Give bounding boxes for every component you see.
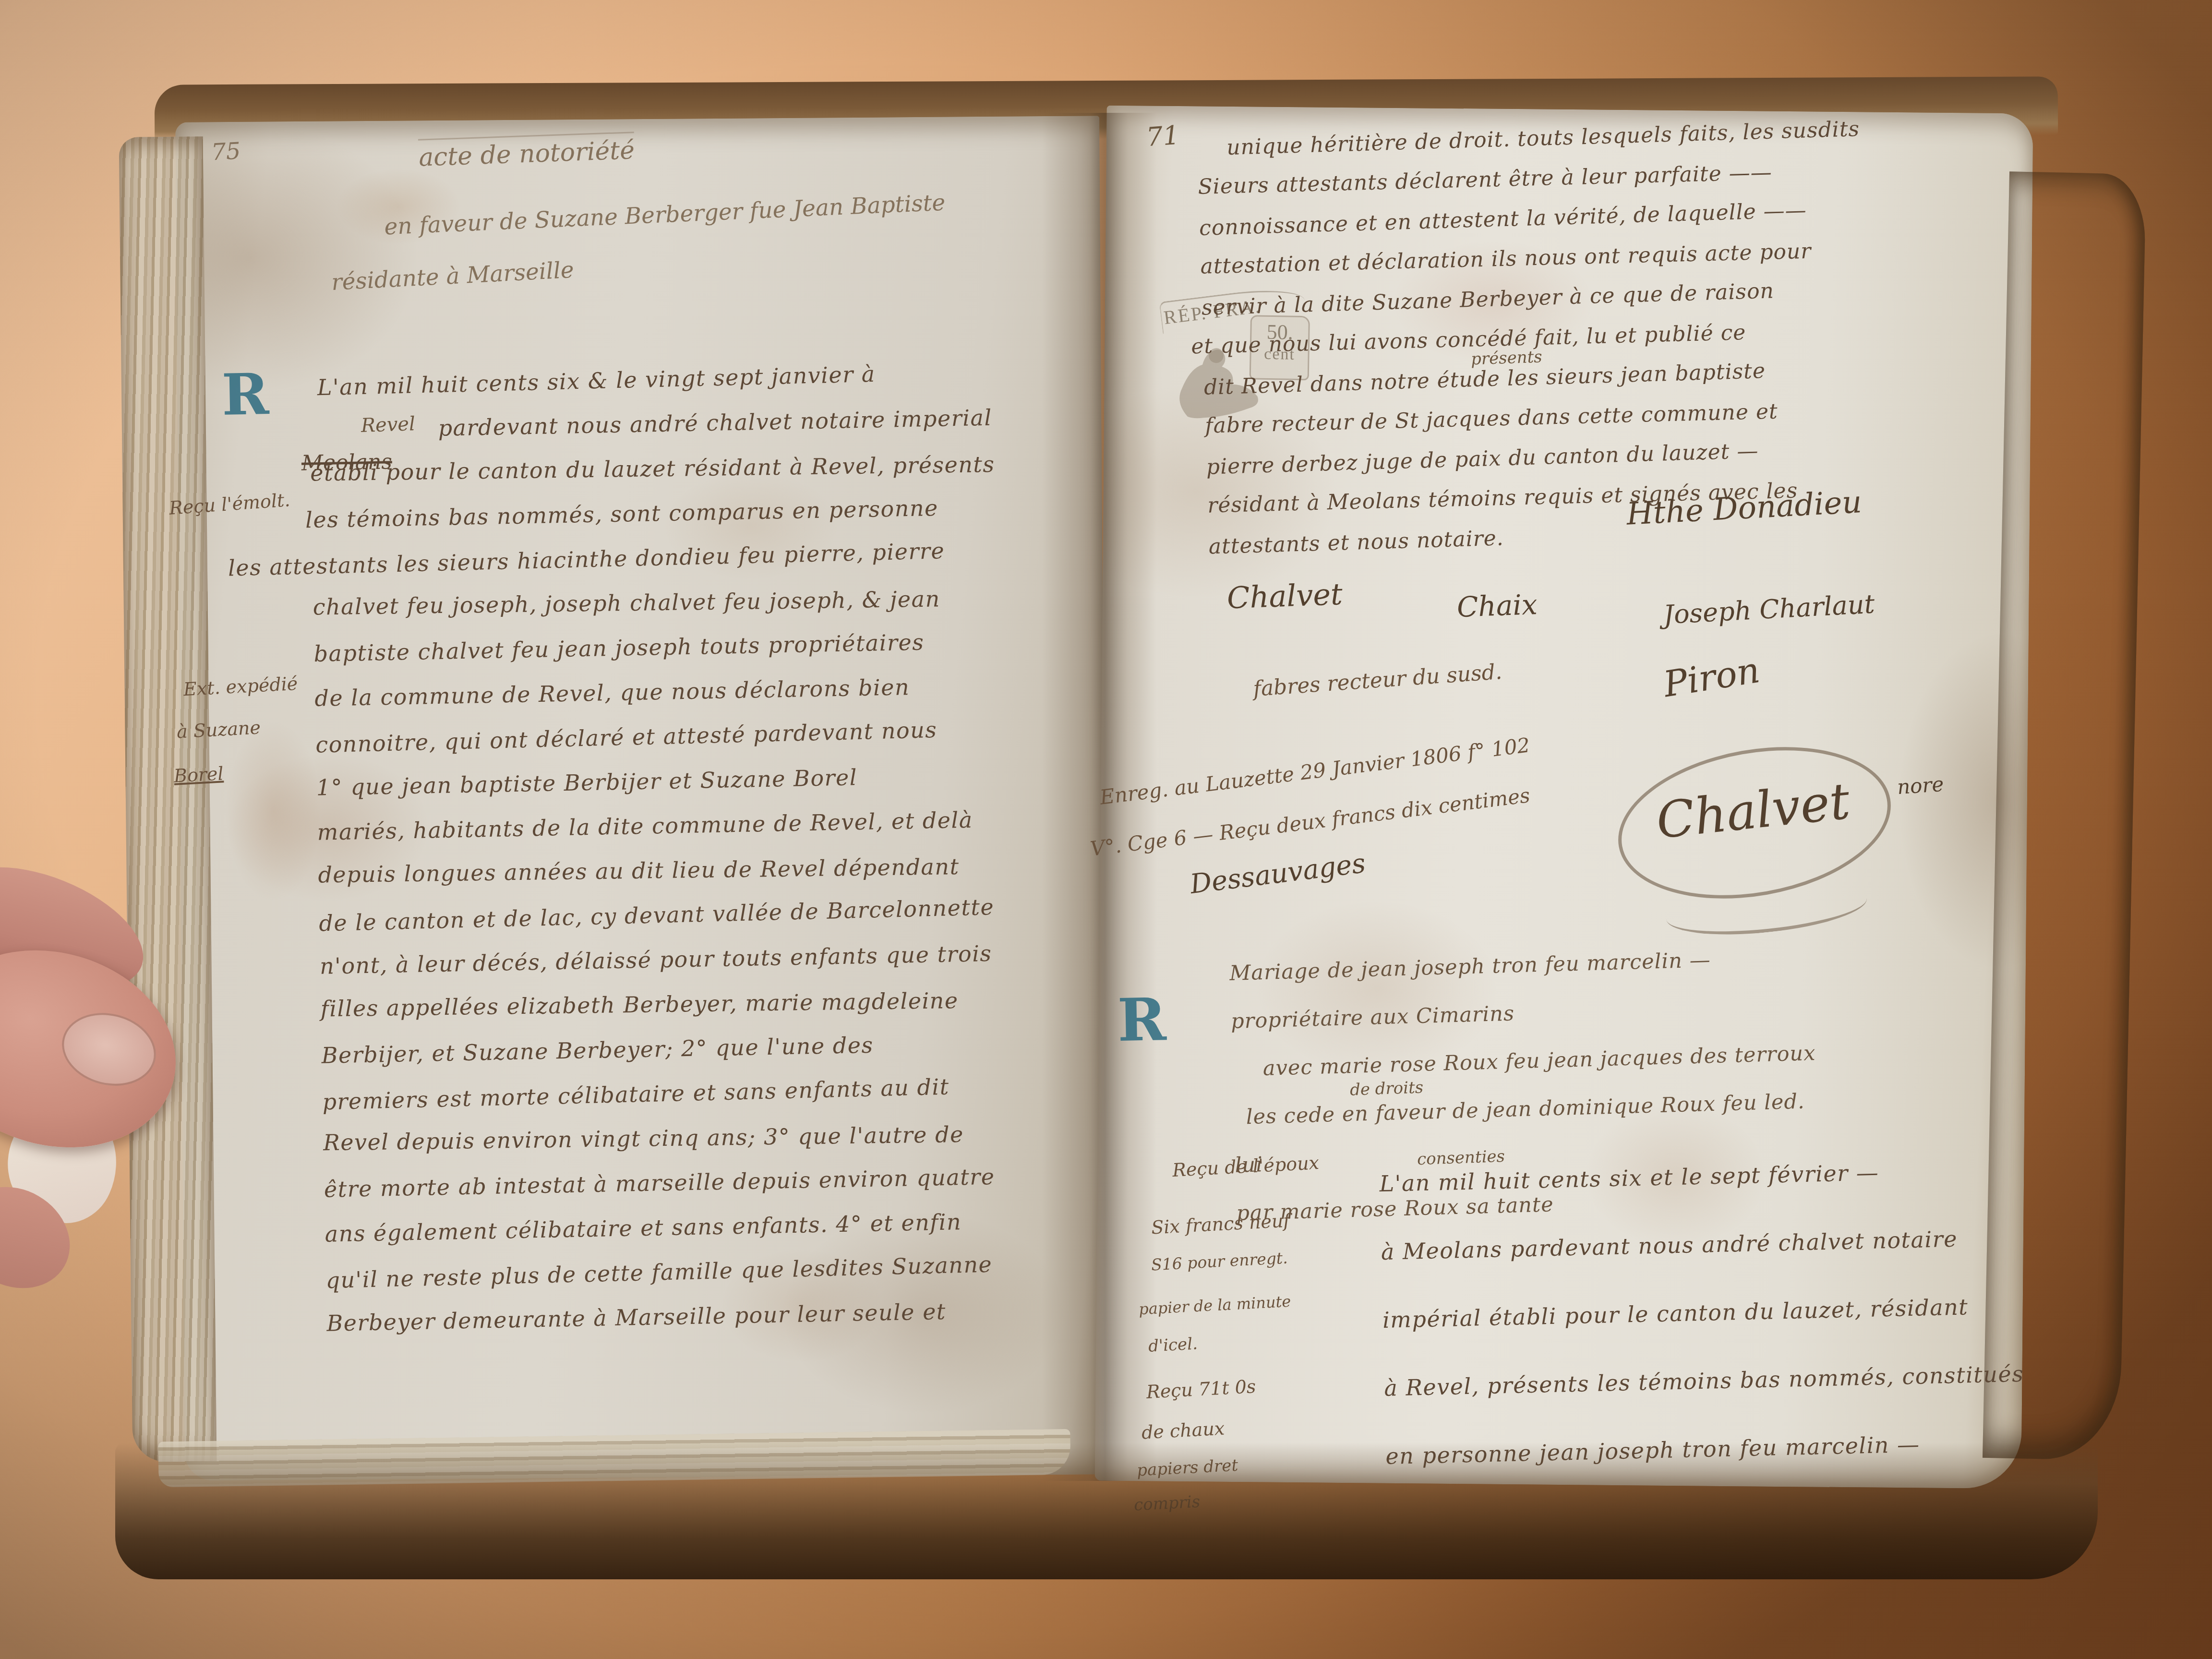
margin-note-ext-2: à Suzane — [176, 717, 261, 742]
handwritten-line: chalvet feu joseph, joseph chalvet feu j… — [313, 576, 998, 630]
handwritten-line: filles appellées elizabeth Berbeyer, mar… — [320, 978, 1005, 1032]
left-page-body-text: L'an mil huit cents six & le vingt sept … — [308, 351, 1011, 1346]
handwritten-line: à Revel, présents les témoins bas nommés… — [1383, 1340, 2025, 1422]
registration-initial-left: R — [221, 361, 269, 428]
gutter-note-7: de chaux — [1141, 1418, 1225, 1443]
margin-note-ext-3: Borel — [173, 763, 224, 786]
photo-of-open-register: 75 acte de notoriété en faveur de Suzane… — [0, 0, 2212, 1659]
inserted-word-de-droits: de droits — [1349, 1078, 1423, 1099]
notary-signature-suffix: nore — [1896, 772, 1944, 799]
right-page-number: 71 — [1145, 120, 1180, 153]
handwritten-line: Revel depuis environ vingt cinq ans; 3° … — [323, 1112, 1008, 1166]
signature-chalvet: Chalvet — [1226, 577, 1343, 615]
gutter-note-5: d'icel. — [1148, 1334, 1198, 1356]
act2-body-text: L'an mil huit cents six et le sept févri… — [1379, 1135, 2026, 1491]
handwritten-line: établi pour le canton du lauzet résidant… — [310, 442, 995, 496]
registration-initial-right: R — [1117, 985, 1167, 1055]
inserted-word-presents: présents — [1470, 347, 1542, 369]
left-page-number: 75 — [211, 137, 241, 166]
book-bottom-shadow — [115, 1443, 2098, 1579]
signature-chaix: Chaix — [1456, 588, 1538, 624]
left-deckle-edges — [119, 136, 217, 1462]
